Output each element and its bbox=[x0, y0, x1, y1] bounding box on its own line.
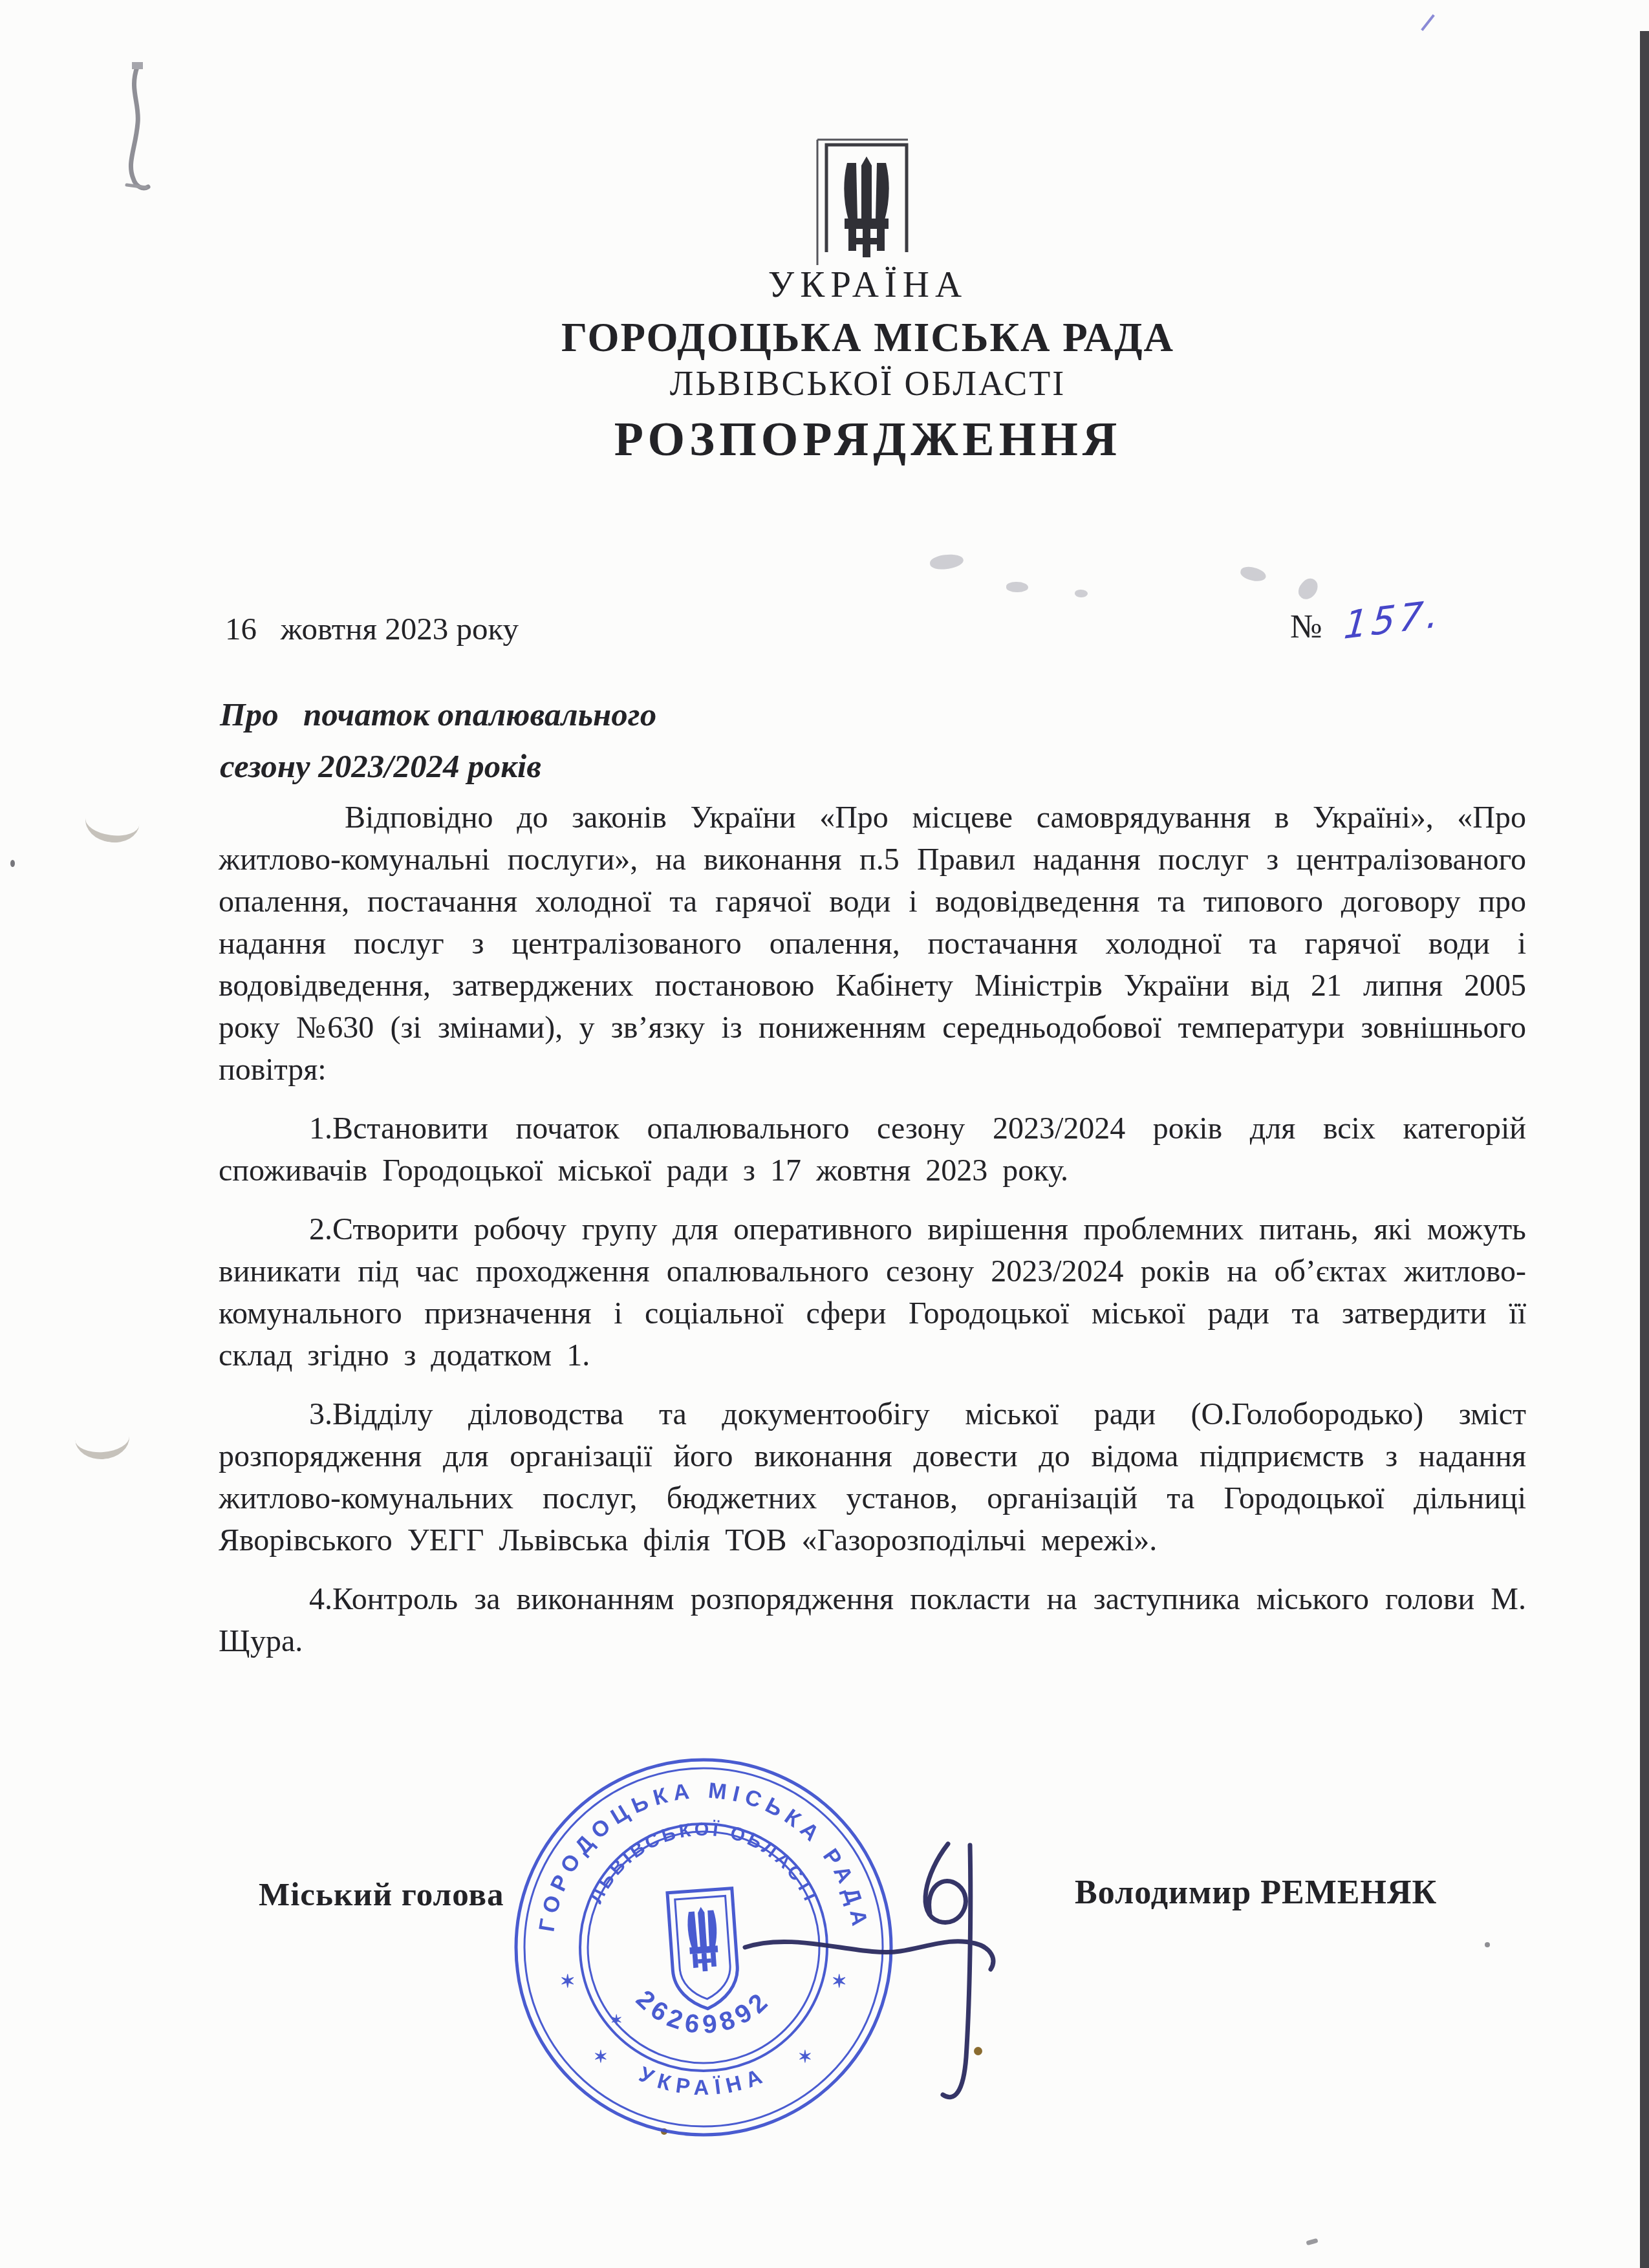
order-item-4: 4.Контроль за виконанням розпорядження п… bbox=[219, 1578, 1526, 1662]
order-item-3: 3.Відділу діловодства та документообігу … bbox=[219, 1393, 1526, 1561]
council-name: ГОРОДОЦЬКА МІСЬКА РАДА bbox=[286, 314, 1450, 361]
stamp-star-icon: ✶ bbox=[610, 2012, 622, 2028]
paper-speck bbox=[1306, 2238, 1318, 2245]
order-item-1: 1.Встановити початок опалювального сезон… bbox=[219, 1107, 1526, 1192]
hole-punch-shadow bbox=[74, 1415, 131, 1461]
intro-paragraph: Відповідно до законів України «Про місце… bbox=[219, 797, 1526, 1091]
stamp-star-icon: ✶ bbox=[594, 2047, 608, 2066]
scan-smudge bbox=[1006, 582, 1028, 592]
scan-edge-band bbox=[1640, 31, 1649, 2268]
number-sign-label: № bbox=[1290, 608, 1322, 646]
document-date: 16 жовтня 2023 року bbox=[225, 610, 519, 647]
document-type-title: РОЗПОРЯДЖЕННЯ bbox=[286, 412, 1450, 467]
handwritten-document-number: 157. bbox=[1342, 591, 1445, 648]
subject-block: Про початок опалювального сезону 2023/20… bbox=[220, 689, 656, 793]
staple-mark bbox=[116, 58, 162, 194]
subject-line-1: Про початок опалювального bbox=[220, 689, 656, 741]
paper-speck bbox=[10, 860, 15, 867]
scan-smudge bbox=[1075, 590, 1088, 597]
hole-punch-shadow bbox=[83, 797, 142, 846]
scan-smudge bbox=[1295, 575, 1322, 603]
document-body: Відповідно до законів України «Про місце… bbox=[219, 797, 1526, 1662]
letterhead: УКРАЇНА ГОРОДОЦЬКА МІСЬКА РАДА ЛЬВІВСЬКО… bbox=[286, 0, 1450, 478]
order-item-2: 2.Створити робочу групу для оперативного… bbox=[219, 1208, 1526, 1376]
scan-smudge bbox=[1239, 565, 1267, 583]
signatory-title: Міський голова bbox=[259, 1876, 504, 1914]
scan-smudge bbox=[929, 552, 965, 571]
stamp-star-icon: ✶ bbox=[560, 1971, 575, 1991]
country-name: УКРАЇНА bbox=[286, 264, 1450, 306]
subject-line-2: сезону 2023/2024 років bbox=[220, 741, 656, 793]
signature-ink bbox=[698, 1804, 1061, 2146]
paper-speck bbox=[1485, 1942, 1490, 1947]
region-name: ЛЬВІВСЬКОЇ ОБЛАСТІ bbox=[286, 363, 1450, 403]
signatory-name: Володимир РЕМЕНЯК bbox=[1075, 1874, 1437, 1912]
scanned-document-page: УКРАЇНА ГОРОДОЦЬКА МІСЬКА РАДА ЛЬВІВСЬКО… bbox=[0, 0, 1649, 2268]
